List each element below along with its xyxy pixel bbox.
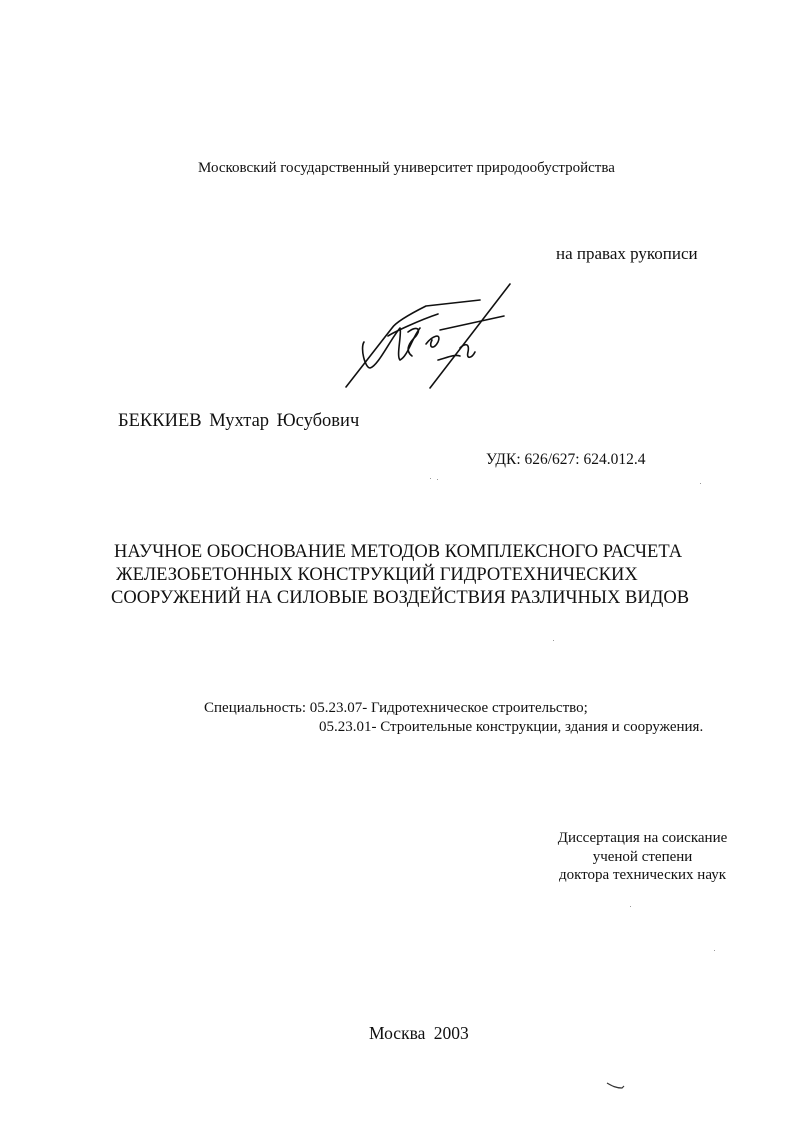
- specialty-line-2: 05.23.01- Строительные конструкции, здан…: [319, 719, 703, 736]
- scan-speck: [700, 483, 701, 484]
- degree-line: доктора технических наук: [540, 866, 745, 885]
- scan-mark: [606, 1081, 626, 1091]
- title-line: СООРУЖЕНИЙ НА СИЛОВЫЕ ВОЗДЕЙСТВИЯ РАЗЛИЧ…: [111, 587, 689, 610]
- udk-code: УДК: 626/627: 624.012.4: [486, 451, 646, 469]
- specialty-line-1: Специальность: 05.23.07- Гидротехническо…: [204, 700, 588, 717]
- signature-image: [330, 270, 520, 395]
- title-line: НАУЧНОЕ ОБОСНОВАНИЕ МЕТОДОВ КОМПЛЕКСНОГО…: [114, 541, 689, 564]
- scan-speck: [714, 950, 715, 951]
- author-name: БЕККИЕВ Мухтар Юсубович: [118, 411, 359, 432]
- dissertation-degree-block: Диссертация на соискание ученой степени …: [540, 829, 745, 885]
- scan-speck: [430, 478, 431, 479]
- scan-speck: [630, 906, 631, 907]
- manuscript-rights-note: на правах рукописи: [556, 244, 698, 264]
- degree-line: ученой степени: [540, 848, 745, 867]
- degree-line: Диссертация на соискание: [540, 829, 745, 848]
- title-line: ЖЕЛЕЗОБЕТОННЫХ КОНСТРУКЦИЙ ГИДРОТЕХНИЧЕС…: [116, 564, 689, 587]
- dissertation-title: НАУЧНОЕ ОБОСНОВАНИЕ МЕТОДОВ КОМПЛЕКСНОГО…: [114, 541, 689, 610]
- scan-speck: [437, 479, 438, 480]
- university-name: Московский государственный университет п…: [198, 160, 615, 177]
- city-year: Москва 2003: [369, 1023, 469, 1044]
- scan-speck: [553, 640, 554, 641]
